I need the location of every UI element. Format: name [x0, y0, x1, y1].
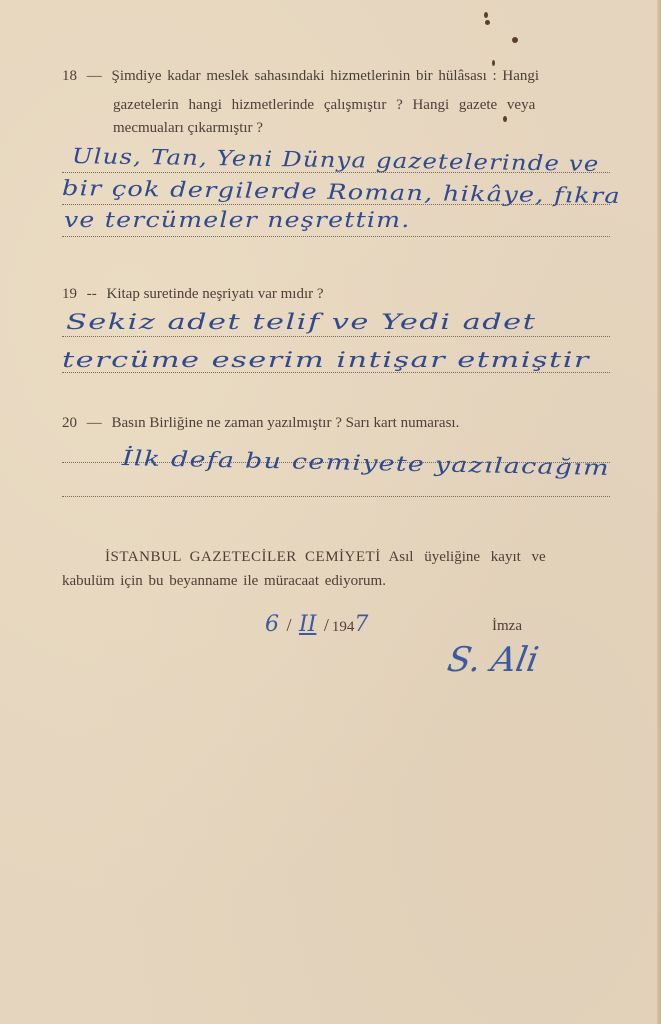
declaration-line-1: İSTANBUL GAZETECİLER CEMİYETİ Asıl üyeli… [105, 545, 610, 569]
declaration-text: Asıl üyeliğine kayıt ve [388, 549, 545, 565]
signature-label: İmza [492, 618, 522, 635]
question-dash: — [87, 68, 102, 84]
question-text: Şimdiye kadar meslek sahasındaki hizmetl… [112, 68, 540, 84]
question-number: 20 [62, 415, 77, 431]
date-day: 6 [265, 612, 279, 637]
answer-line [62, 496, 610, 497]
answer-line [62, 236, 610, 237]
question-dash: -- [87, 286, 97, 302]
declaration-line-2: kabulüm için bu beyanname ile müracaat e… [62, 569, 386, 593]
handwritten-answer: tercüme eserim intişar etmiştir [62, 348, 590, 372]
signature: S. Ali [444, 640, 541, 680]
question-number: 19 [62, 286, 77, 302]
question-20: 20 — Basın Birliğine ne zaman yazılmıştı… [62, 411, 459, 435]
date-field: 6 / II /1947 [265, 612, 368, 637]
question-text: gazetelerin hangi hizmetlerinde çalışmış… [113, 93, 535, 117]
handwritten-answer: Sekiz adet telif ve Yedi adet [66, 310, 536, 334]
document-page: 18 — Şimdiye kadar meslek sahasındaki hi… [0, 0, 661, 1024]
answer-line [62, 372, 610, 373]
date-month: II [299, 612, 316, 637]
question-18: 18 — Şimdiye kadar meslek sahasındaki hi… [62, 64, 622, 88]
question-text: Basın Birliğine ne zaman yazılmıştır ? S… [112, 415, 460, 431]
ink-spot [512, 37, 518, 43]
ink-spot [484, 12, 488, 18]
question-text: mecmuaları çıkarmıştır ? [113, 116, 263, 140]
handwritten-answer: İlk defa bu cemiyete yazılacağım [122, 446, 611, 480]
question-19: 19 -- Kitap suretinde neşriyatı var mıdı… [62, 282, 324, 306]
question-text: Kitap suretinde neşriyatı var mıdır ? [107, 286, 324, 302]
ink-spot [485, 20, 490, 25]
association-name: İSTANBUL GAZETECİLER CEMİYETİ [105, 549, 381, 565]
page-edge [657, 0, 661, 1024]
date-separator: / [287, 615, 292, 635]
date-separator: / [324, 615, 329, 635]
date-year-handwritten: 7 [354, 612, 368, 637]
question-dash: — [87, 415, 102, 431]
answer-line [62, 336, 610, 337]
date-year-printed: 194 [332, 619, 355, 635]
handwritten-answer: ve tercümeler neşrettim. [64, 208, 411, 232]
question-number: 18 [62, 68, 77, 84]
